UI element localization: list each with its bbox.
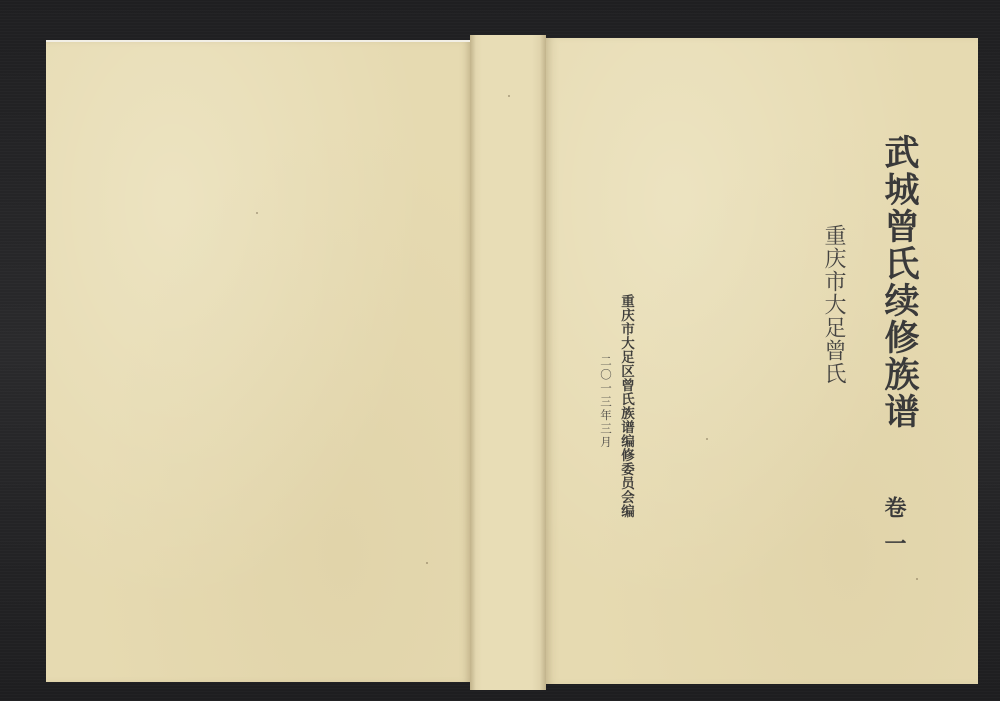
publisher-line: 重庆市大足区曾氏族谱编修委员会编 <box>616 294 636 518</box>
front-cover: 武城曾氏续修族谱 重庆市大足曾氏 卷一 重庆市大足区曾氏族谱编修委员会编 二〇一… <box>546 38 978 684</box>
paper-speck <box>508 95 510 97</box>
book-title: 武城曾氏续修族谱 <box>874 134 924 430</box>
back-cover <box>46 40 470 682</box>
paper-speck <box>426 562 428 564</box>
paper-speck <box>706 438 708 440</box>
publication-date: 二〇一三年三月 <box>598 355 614 450</box>
book-spine <box>470 35 546 690</box>
paper-speck <box>916 578 918 580</box>
volume-label: 卷一 <box>879 496 910 568</box>
paper-speck <box>256 212 258 214</box>
open-book-cover: 武城曾氏续修族谱 重庆市大足曾氏 卷一 重庆市大足区曾氏族谱编修委员会编 二〇一… <box>46 37 978 687</box>
book-subtitle: 重庆市大足曾氏 <box>818 224 849 385</box>
